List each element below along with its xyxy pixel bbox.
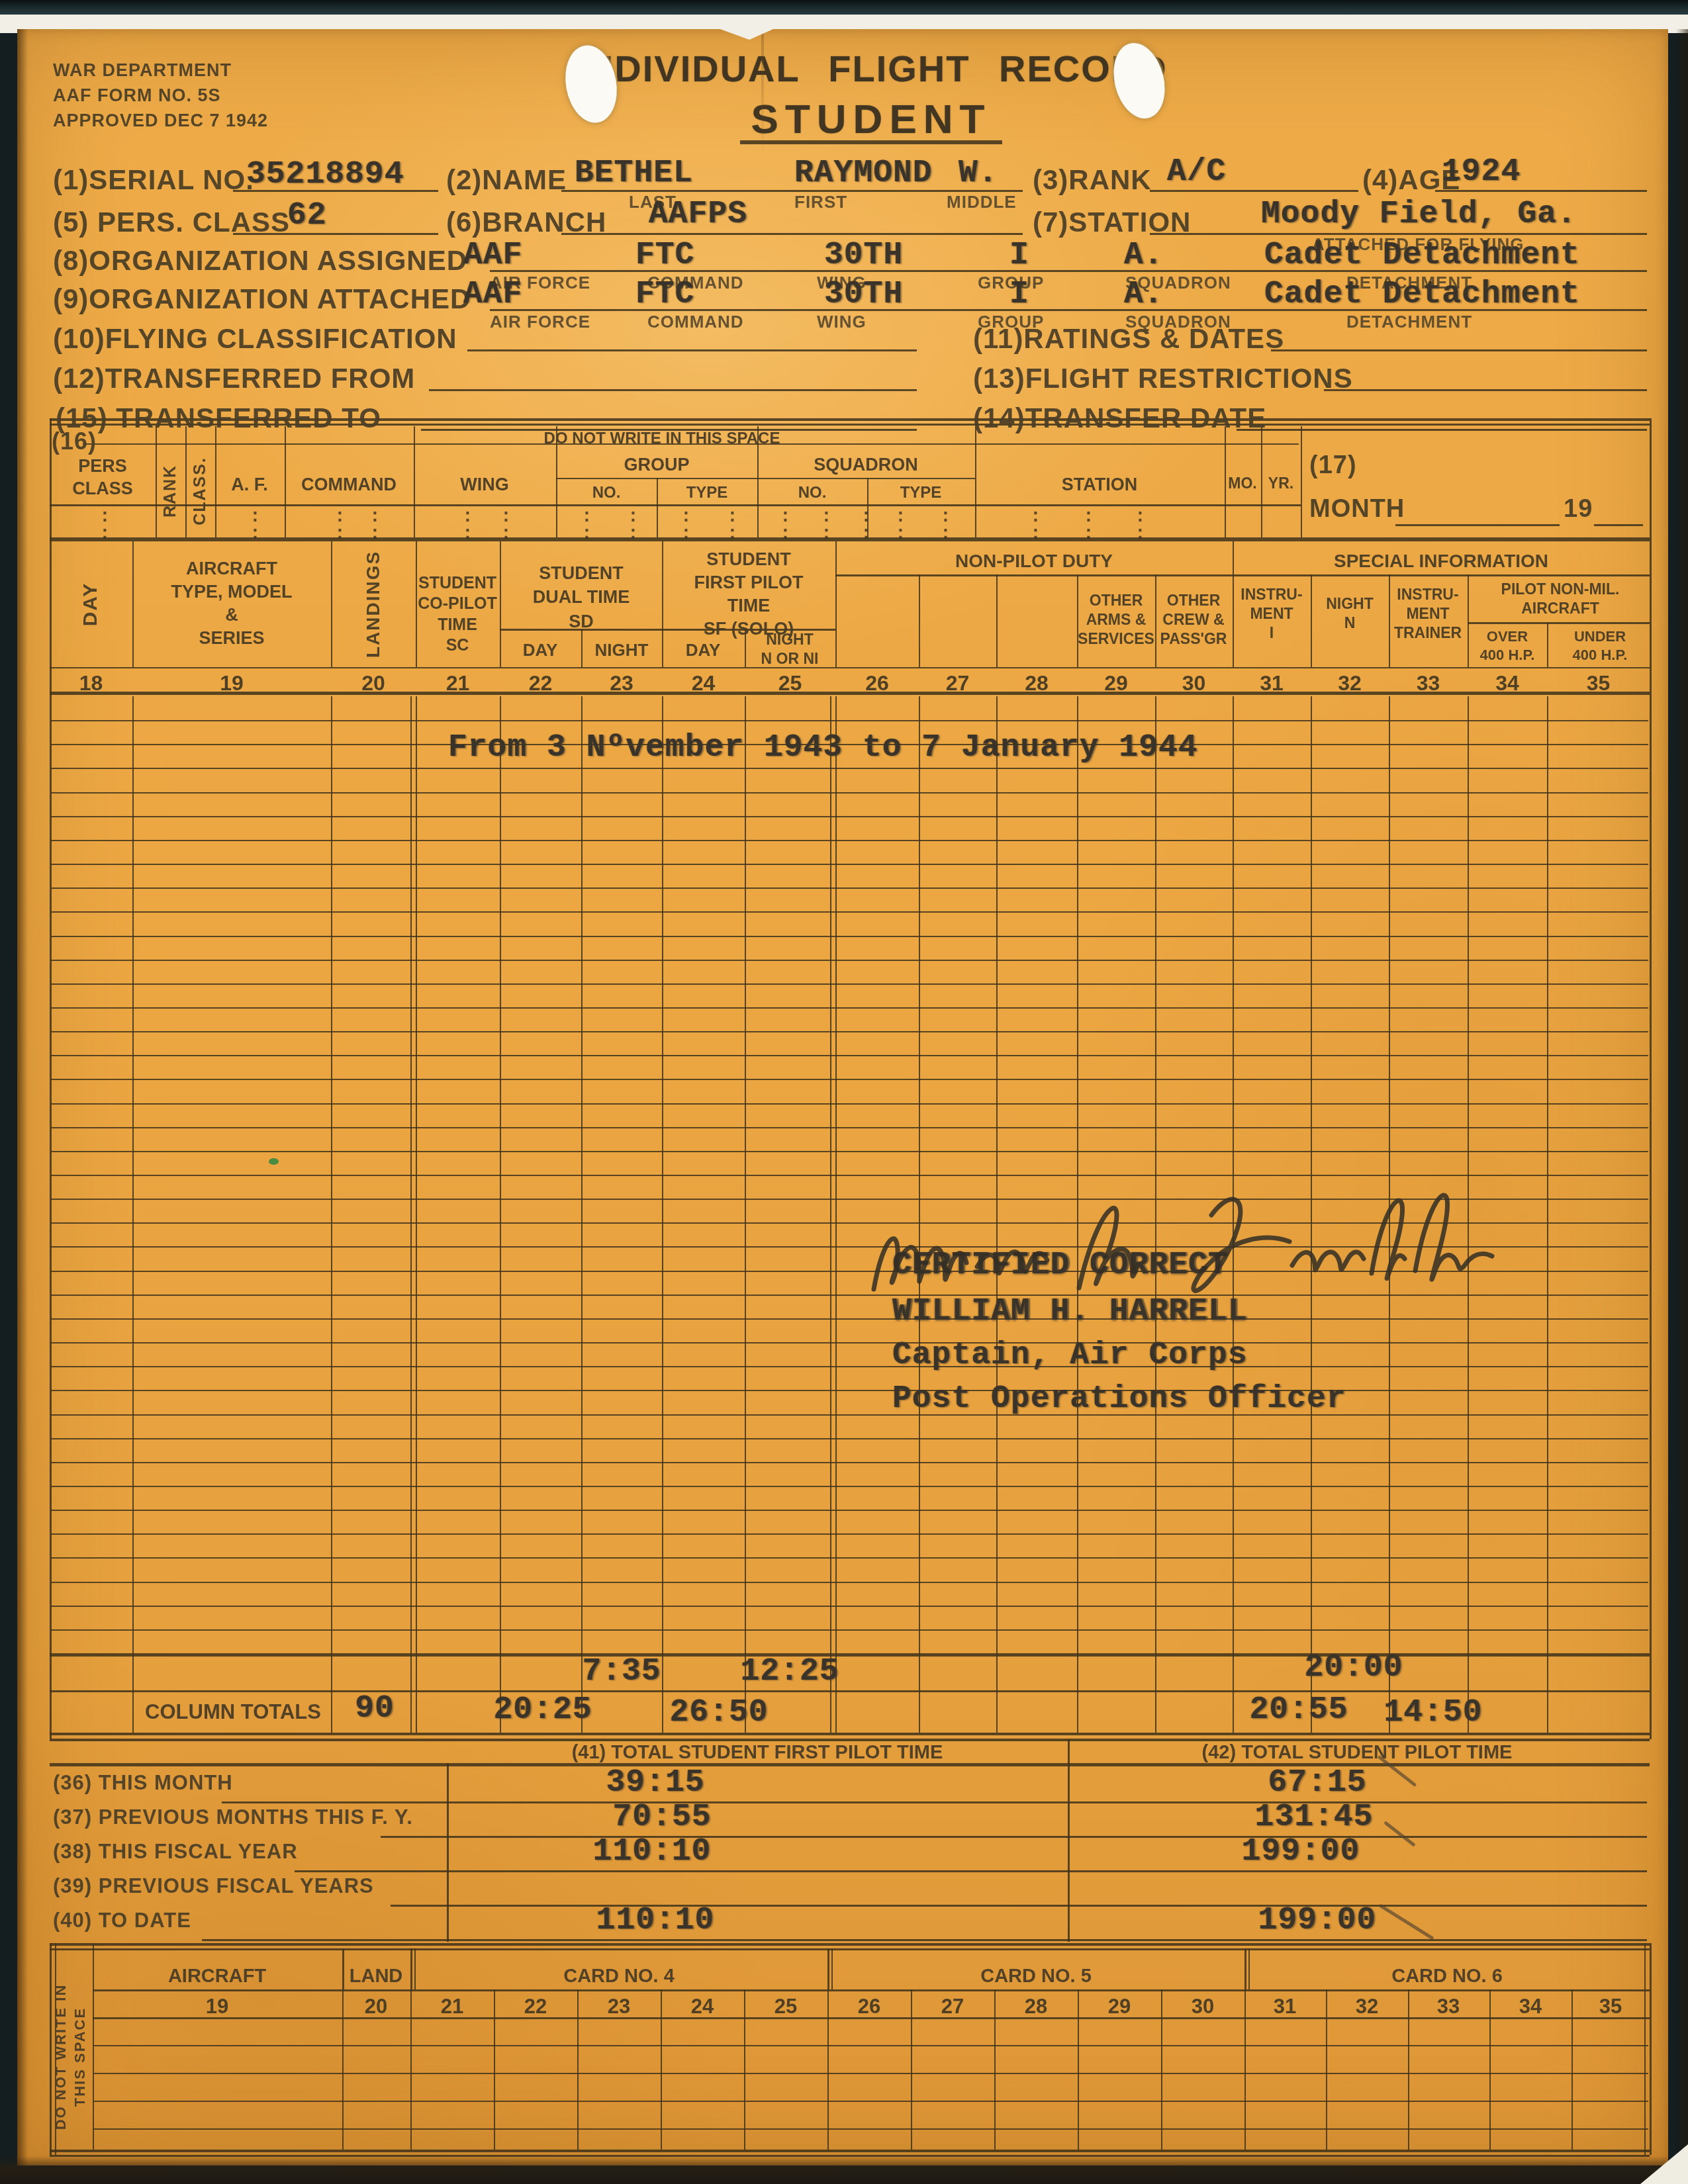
- card-column-number: 24: [691, 1995, 714, 2019]
- org-attached-sublabel: WING: [817, 313, 867, 330]
- rule-line: [51, 960, 1648, 961]
- rule-line: [1233, 541, 1234, 667]
- ditto-mark: :: [727, 524, 738, 545]
- ditto-mark: :: [628, 524, 639, 545]
- rule-line: [156, 426, 157, 537]
- rule-line: [391, 1905, 1647, 1907]
- col-night-header: NIGHT N: [1326, 594, 1374, 633]
- column-number: 25: [778, 671, 802, 696]
- rank-value: A/C: [1167, 156, 1226, 188]
- org-attached-value: FTC: [635, 279, 694, 310]
- do-not-write-vertical-label: DO NOT WRITE IN THIS SPACE: [52, 1984, 89, 2130]
- rule-line: [94, 2045, 1648, 2046]
- rule-line: [911, 1989, 912, 2150]
- rule-line: [416, 696, 417, 1733]
- card-column-number: 22: [524, 1995, 547, 2019]
- rule-line: [94, 2128, 1648, 2130]
- certifier-rank: Captain, Air Corps: [892, 1340, 1247, 1371]
- rule-line: [381, 1836, 1647, 1838]
- box16-strip-label: DO NOT WRITE IN THIS SPACE: [544, 429, 780, 449]
- column-number: 23: [610, 671, 633, 696]
- column-number: 18: [79, 671, 103, 696]
- non-pilot-duty-header: NON-PILOT DUTY: [955, 549, 1113, 572]
- column-number: 33: [1417, 671, 1440, 696]
- column-totals-label: COLUMN TOTALS: [145, 1700, 321, 1725]
- rule-line: [996, 574, 998, 667]
- ditto-mark: :: [940, 524, 951, 545]
- rule-line: [414, 426, 415, 537]
- rule-line: [1389, 574, 1390, 667]
- rule-line: [1650, 1943, 1652, 2155]
- box16-yr: YR.: [1268, 474, 1293, 493]
- summary-pilot-value: 199:00: [1242, 1836, 1360, 1868]
- rule-line: [1301, 426, 1302, 537]
- summary-row-label: (38) THIS FISCAL YEAR: [53, 1840, 298, 1864]
- scan-edge-strip: [0, 0, 1688, 15]
- box16-mo: MO.: [1228, 474, 1256, 493]
- box16-group-no: NO.: [592, 483, 621, 503]
- org-attached-value: AAF: [463, 279, 522, 310]
- summary-row-label: (40) TO DATE: [53, 1909, 191, 1933]
- serial-value: 35218894: [246, 159, 404, 191]
- rule-line: [414, 1948, 416, 1989]
- year-underline: [1594, 524, 1643, 526]
- org-attached-sublabel: AIR FORCE: [490, 313, 590, 330]
- rule-line: [1237, 429, 1647, 431]
- rule-line: [744, 1989, 745, 2150]
- rule-line: [494, 1989, 495, 2150]
- station-value: Moody Field, Ga.: [1261, 199, 1577, 230]
- rule-line: [827, 1989, 829, 2150]
- total-pilot-header: (42) TOTAL STUDENT PILOT TIME: [1202, 1741, 1513, 1764]
- col-dual-night-header: NIGHT: [595, 639, 649, 661]
- col-day-header: DAY: [81, 582, 101, 627]
- org-attached-value: A.: [1124, 279, 1164, 310]
- ditto-mark: :: [680, 524, 692, 545]
- rule-line: [51, 1582, 1648, 1583]
- rule-line: [50, 1690, 1650, 1692]
- rule-line: [827, 1948, 829, 1989]
- solo-night-total: 12:25: [740, 1656, 839, 1688]
- rule-line: [447, 1763, 449, 1942]
- col-instrument-trainer-header: INSTRU- MENT TRAINER: [1394, 585, 1462, 642]
- ditto-mark: :: [369, 524, 381, 545]
- rule-line: [1408, 1989, 1409, 2150]
- rule-line: [185, 426, 187, 537]
- serial-label: (1)SERIAL NO.: [53, 165, 254, 195]
- org-attached-sublabel: COMMAND: [647, 313, 744, 330]
- summary-row-label: (39) PREVIOUS FISCAL YEARS: [53, 1874, 374, 1898]
- card-column-number: 19: [206, 1995, 228, 2019]
- column-number: 35: [1587, 671, 1611, 696]
- rule-line: [50, 1733, 1650, 1735]
- rule-line: [410, 1989, 412, 2150]
- month-underline: [1395, 524, 1560, 526]
- rule-line: [342, 1948, 344, 1989]
- rule-line: [50, 537, 1650, 541]
- box16-squadron: SQUADRON: [814, 454, 918, 477]
- rule-line: [94, 2101, 1648, 2102]
- box16-af: A. F.: [231, 474, 268, 496]
- rule-line: [662, 696, 663, 1733]
- ditto-mark: :: [500, 524, 512, 545]
- name-first-value: RAYMOND: [794, 158, 933, 189]
- rule-line: [93, 1989, 1650, 1991]
- ditto-mark: :: [1083, 524, 1094, 545]
- col-solo-day-header: DAY: [686, 639, 721, 661]
- column-number: 29: [1104, 671, 1128, 696]
- org-assigned-value: I: [1009, 240, 1029, 271]
- col-under-400-header: UNDER 400 H.P.: [1573, 627, 1628, 664]
- card-column-number: 34: [1519, 1995, 1542, 2019]
- rule-line: [51, 1557, 1648, 1559]
- rule-line: [51, 1438, 1648, 1439]
- rule-line: [215, 426, 216, 537]
- box17-year-prefix: 19: [1564, 496, 1593, 523]
- card-column-number: 31: [1274, 1995, 1296, 2019]
- rule-line: [835, 574, 1650, 576]
- box17-id: (17): [1309, 453, 1357, 479]
- column-number: 30: [1182, 671, 1206, 696]
- ditto-mark: :: [861, 524, 872, 545]
- solo-day-total: 26:50: [669, 1697, 768, 1729]
- name-middle-value: W.: [959, 158, 998, 189]
- agency-label: WAR DEPARTMENT: [53, 61, 232, 79]
- date-range-note: From 3 Nºvember 1943 to 7 January 1944: [448, 732, 1198, 764]
- form-number-label: AAF FORM NO. 5S: [53, 86, 221, 105]
- rule-line: [1271, 349, 1647, 351]
- rule-line: [657, 478, 658, 537]
- card-column-number: 20: [365, 1995, 387, 2019]
- org-attached-sublabel: DETACHMENT: [1346, 313, 1472, 330]
- summary-pilot-value: 67:15: [1268, 1767, 1366, 1799]
- rule-line: [51, 816, 1648, 817]
- rule-line: [50, 1948, 1650, 1950]
- card-column-number: 23: [608, 1995, 630, 2019]
- rule-line: [331, 541, 332, 667]
- rule-line: [1650, 418, 1652, 1739]
- rule-line: [51, 1462, 1648, 1463]
- rule-line: [50, 692, 1650, 695]
- rule-line: [1225, 426, 1226, 537]
- certifier-title: Post Operations Officer: [892, 1383, 1346, 1415]
- rule-line: [202, 1939, 1647, 1941]
- rule-line: [975, 426, 976, 537]
- card-column-number: 26: [858, 1995, 880, 2019]
- flight-restrictions-label: (13)FLIGHT RESTRICTIONS: [973, 364, 1353, 393]
- org-attached-label: (9)ORGANIZATION ATTACHED: [53, 285, 471, 314]
- ditto-mark: :: [780, 524, 791, 545]
- pers-class-value: 62: [287, 200, 327, 232]
- org-assigned-value: AAF: [463, 240, 522, 271]
- rule-line: [51, 1414, 1648, 1416]
- rule-line: [51, 768, 1648, 769]
- rule-line: [285, 426, 286, 537]
- column-number: 24: [692, 671, 716, 696]
- rule-line: [561, 233, 1023, 235]
- org-attached-value: 30TH: [824, 279, 903, 310]
- landings-total: 90: [355, 1693, 395, 1725]
- rule-line: [1150, 190, 1358, 192]
- card-column-number: 30: [1192, 1995, 1214, 2019]
- rule-line: [1326, 1989, 1327, 2150]
- rule-line: [1244, 1989, 1246, 2150]
- rule-line: [51, 983, 1648, 985]
- card-column-number: 25: [774, 1995, 797, 2019]
- rule-line: [51, 1390, 1648, 1391]
- rule-line: [581, 629, 583, 667]
- rule-line: [51, 840, 1648, 841]
- rule-line: [51, 1510, 1648, 1511]
- col-instrument-header: INSTRU- MENT I: [1241, 585, 1302, 642]
- rank-label: (3)RANK: [1033, 165, 1152, 195]
- rule-line: [994, 1989, 996, 2150]
- ditto-mark: :: [334, 524, 346, 545]
- box16-squadron-no: NO.: [798, 483, 827, 503]
- org-attached-value: Cadet Detachment: [1264, 279, 1580, 310]
- ditto-mark: :: [895, 524, 906, 545]
- col-first-pilot-header: STUDENT FIRST PILOT TIME SF (SOLO): [694, 548, 804, 641]
- rule-line: [1547, 622, 1548, 667]
- rule-line: [132, 696, 134, 1733]
- pers-class-label: (5) PERS. CLASS: [53, 208, 290, 237]
- rule-line: [661, 1989, 662, 2150]
- rule-line: [1547, 696, 1548, 1733]
- card-no-6-header: CARD NO. 6: [1391, 1964, 1503, 1988]
- card-column-number: 21: [441, 1995, 463, 2019]
- card-column-number: 27: [941, 1995, 964, 2019]
- form-title: INDIVIDUAL FLIGHT RECORD: [575, 50, 1167, 87]
- rule-line: [51, 1606, 1648, 1607]
- station-label: (7)STATION: [1033, 208, 1191, 237]
- column-number: 31: [1260, 671, 1284, 696]
- rule-line: [50, 1653, 1650, 1657]
- org-assigned-value: A.: [1124, 240, 1164, 271]
- rule-line: [745, 696, 746, 1733]
- rule-line: [1435, 190, 1647, 192]
- box16-wing: WING: [460, 474, 509, 496]
- rule-line: [835, 696, 837, 1733]
- card-aircraft-header: AIRCRAFT: [168, 1964, 266, 1988]
- rule-line: [831, 1948, 833, 1989]
- branch-label: (6)BRANCH: [446, 208, 606, 237]
- col-aircraft-header: AIRCRAFT TYPE, MODEL & SERIES: [171, 557, 292, 650]
- rule-line: [1248, 1948, 1250, 1989]
- rule-line: [295, 1870, 1647, 1872]
- org-assigned-label: (8)ORGANIZATION ASSIGNED: [53, 246, 467, 275]
- box16-class: CLASS.: [192, 457, 209, 525]
- ditto-mark: :: [821, 524, 832, 545]
- name-last-value: BETHEL: [575, 158, 693, 189]
- rule-line: [93, 1943, 94, 2150]
- rule-line: [222, 1801, 1647, 1803]
- rule-line: [51, 1533, 1648, 1535]
- rule-line: [1489, 1989, 1491, 2150]
- rule-line: [500, 541, 501, 667]
- rule-line: [1244, 1948, 1246, 1989]
- summary-row-label: (36) THIS MONTH: [53, 1771, 233, 1795]
- column-number: 21: [446, 671, 470, 696]
- box16-group-type: TYPE: [686, 483, 728, 503]
- column-number: 19: [220, 671, 244, 696]
- rule-line: [331, 696, 332, 1733]
- rule-line: [51, 1007, 1648, 1009]
- rule-line: [1261, 426, 1262, 537]
- box16-rank: RANK: [162, 465, 179, 518]
- rule-line: [50, 667, 1650, 668]
- rule-line: [50, 2150, 1650, 2152]
- transfer-date-label: (14)TRANSFER DATE: [973, 404, 1266, 433]
- rule-line: [50, 2155, 1650, 2157]
- special-information-header: SPECIAL INFORMATION: [1334, 549, 1548, 572]
- rule-line: [1078, 1989, 1079, 2150]
- rule-line: [51, 1031, 1648, 1032]
- ditto-mark: :: [250, 524, 261, 545]
- ditto-mark: :: [581, 524, 592, 545]
- col-solo-night-header: NIGHT N OR NI: [761, 630, 819, 668]
- name-sub-middle: MIDDLE: [947, 193, 1017, 210]
- rule-line: [1571, 1989, 1573, 2150]
- rule-line: [500, 696, 501, 1733]
- transferred-from-label: (12)TRANSFERRED FROM: [53, 364, 415, 393]
- rule-line: [51, 1103, 1648, 1105]
- rule-line: [51, 887, 1648, 889]
- instrument-trainer-total: 14:50: [1383, 1697, 1482, 1729]
- card-column-number: 35: [1599, 1995, 1622, 2019]
- rule-line: [1468, 574, 1469, 667]
- column-number: 27: [946, 671, 970, 696]
- rule-line: [581, 696, 583, 1733]
- summary-first-pilot-value: 39:15: [606, 1767, 704, 1799]
- card-no-5-header: CARD NO. 5: [980, 1964, 1092, 1988]
- column-number: 20: [361, 671, 385, 696]
- card-column-number: 32: [1356, 1995, 1378, 2019]
- rule-line: [662, 541, 663, 667]
- col-dual-day-header: DAY: [523, 639, 558, 661]
- column-number: 32: [1338, 671, 1362, 696]
- org-assigned-value: Cadet Detachment: [1264, 240, 1580, 271]
- rule-line: [410, 696, 412, 1733]
- box16-command: COMMAND: [301, 474, 397, 496]
- org-attached-sublabel: SQUADRON: [1125, 313, 1231, 330]
- ditto-mark: :: [1135, 524, 1146, 545]
- right-edge-shadow: [1676, 29, 1688, 2165]
- box16-squadron-type: TYPE: [900, 483, 942, 503]
- rule-line: [919, 574, 920, 667]
- rule-line: [429, 389, 917, 391]
- dual-day-total: 20:25: [493, 1694, 592, 1726]
- box16-pers-class: PERS CLASS: [72, 455, 133, 500]
- org-assigned-value: 30TH: [824, 240, 903, 271]
- summary-pilot-value: 199:00: [1258, 1905, 1377, 1936]
- rule-line: [132, 541, 134, 667]
- column-number: 28: [1025, 671, 1049, 696]
- night-total: 20:00: [1304, 1652, 1403, 1684]
- card-column-number: 33: [1437, 1995, 1460, 2019]
- name-label: (2)NAME: [446, 165, 567, 195]
- rule-line: [1161, 1989, 1162, 2150]
- rule-line: [1068, 1739, 1070, 1942]
- transferred-to-label: (15) TRANSFERRED TO: [56, 404, 381, 433]
- column-number: 34: [1495, 671, 1519, 696]
- rule-line: [830, 696, 831, 1733]
- col-other-crew-header: OTHER CREW & PASS'GR: [1160, 591, 1227, 648]
- card-column-number: 28: [1025, 1995, 1047, 2019]
- col-dual-header: STUDENT DUAL TIME SD: [533, 561, 630, 633]
- rule-line: [51, 720, 1648, 721]
- rule-line: [835, 541, 837, 667]
- flying-classification-label: (10)FLYING CLASSIFICATION: [53, 324, 457, 353]
- rule-line: [577, 1989, 579, 2150]
- summary-pilot-value: 131:45: [1255, 1801, 1374, 1833]
- name-sub-first: FIRST: [794, 193, 847, 210]
- instrument-total: 20:55: [1249, 1694, 1348, 1726]
- rule-line: [51, 1055, 1648, 1056]
- rule-line: [51, 864, 1648, 865]
- branch-value: AAFPS: [649, 199, 747, 230]
- rule-line: [410, 1948, 412, 1989]
- col-landings-header: LANDINGS: [364, 551, 383, 658]
- rule-line: [51, 1151, 1648, 1152]
- rule-line: [1468, 622, 1650, 624]
- ditto-mark: :: [1030, 524, 1041, 545]
- rule-line: [51, 1629, 1648, 1631]
- org-attached-sublabel: GROUP: [978, 313, 1044, 330]
- summary-first-pilot-value: 110:10: [593, 1836, 712, 1868]
- rule-line: [50, 1943, 1650, 1946]
- summary-row-label: (37) PREVIOUS MONTHS THIS F. Y.: [53, 1805, 413, 1829]
- scanned-flight-record: WAR DEPARTMENT AAF FORM NO. 5S APPROVED …: [0, 0, 1688, 2184]
- rule-line: [342, 1989, 344, 2150]
- rule-line: [51, 1366, 1648, 1367]
- signature-handwriting: [861, 1183, 1516, 1329]
- rule-line: [556, 478, 975, 479]
- box16-station: STATION: [1062, 474, 1138, 496]
- rule-line: [51, 1127, 1648, 1128]
- summary-first-pilot-value: 70:55: [612, 1801, 711, 1833]
- total-first-pilot-header: (41) TOTAL STUDENT FIRST PILOT TIME: [572, 1741, 943, 1764]
- rule-line: [1324, 389, 1647, 391]
- ditto-mark: :: [99, 524, 111, 545]
- approved-date-label: APPROVED DEC 7 1942: [53, 111, 268, 130]
- rule-line: [51, 911, 1648, 913]
- col-over-400-header: OVER 400 H.P.: [1480, 627, 1535, 664]
- rule-line: [94, 2073, 1648, 2074]
- rule-line: [51, 1175, 1648, 1176]
- col-copilot-header: STUDENT CO-PILOT TIME SC: [418, 573, 496, 656]
- column-number: 22: [529, 671, 553, 696]
- card-column-number: 29: [1108, 1995, 1131, 2019]
- org-assigned-value: FTC: [635, 240, 694, 271]
- box16-id: (16): [52, 429, 97, 454]
- rule-line: [51, 792, 1648, 794]
- rule-line: [1644, 1943, 1646, 2155]
- col-other-arms-header: OTHER ARMS & SERVICES: [1078, 591, 1154, 648]
- summary-first-pilot-value: 110:10: [596, 1905, 715, 1936]
- rule-line: [50, 504, 1301, 506]
- pilot-non-mil-header: PILOT NON-MIL. AIRCRAFT: [1501, 580, 1620, 618]
- box17-month-label: MONTH: [1309, 496, 1405, 523]
- rule-line: [51, 936, 1648, 937]
- form-subtitle: STUDENT: [751, 99, 992, 140]
- age-value: 1924: [1442, 156, 1521, 188]
- rule-line: [416, 541, 417, 667]
- column-number: 26: [865, 671, 889, 696]
- rule-line: [1311, 574, 1312, 667]
- dual-night-total: 7:35: [582, 1656, 661, 1688]
- rule-line: [467, 349, 917, 351]
- box16-group: GROUP: [624, 454, 689, 477]
